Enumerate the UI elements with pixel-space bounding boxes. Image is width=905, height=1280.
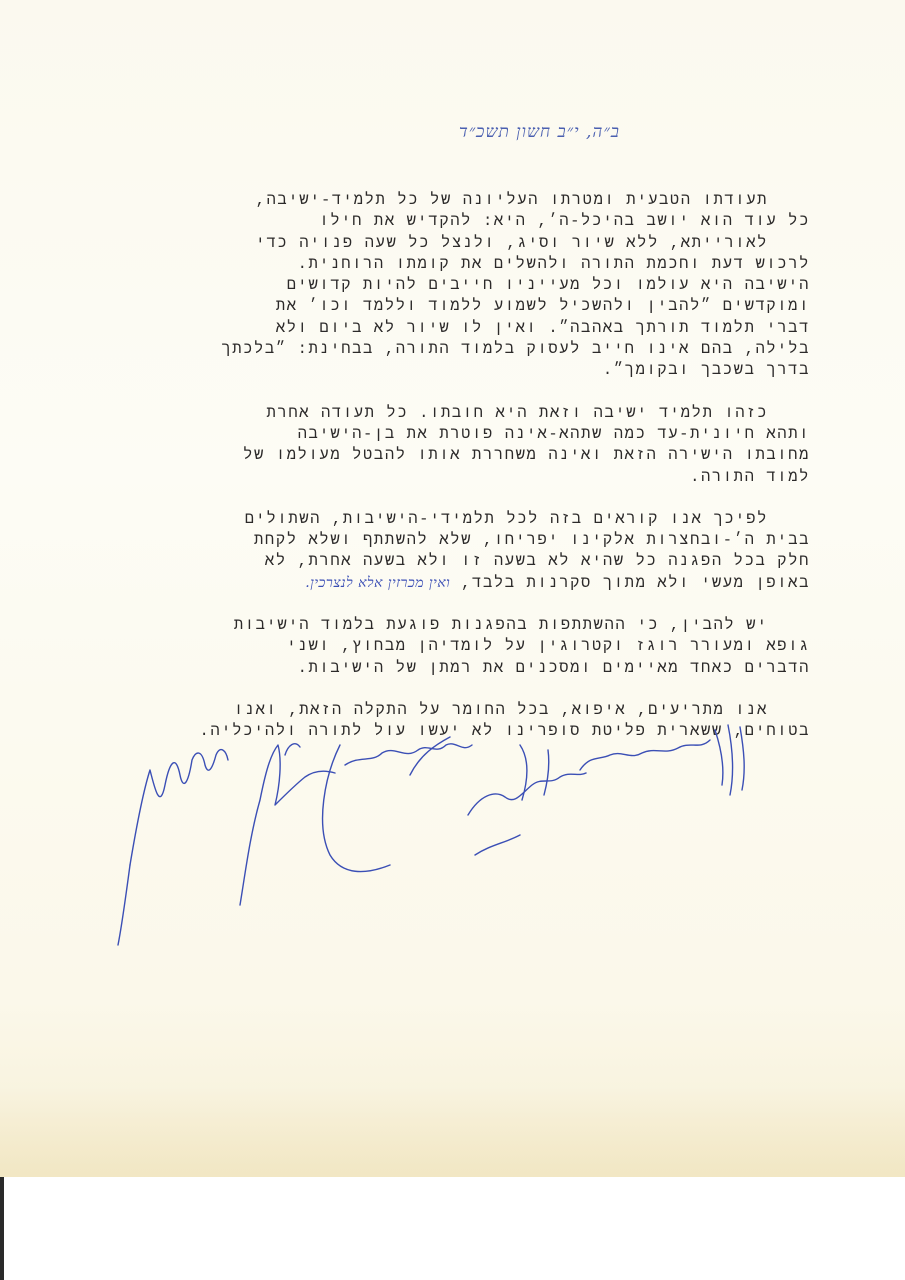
paragraph-2: כזהו תלמיד ישיבה וזאת היא חובתו. כל תעוד… <box>120 403 810 488</box>
text-line: הדברים כאחד מאיימים ומסכנים את רמתן של ה… <box>120 658 810 679</box>
text-line: כל עוד הוא יושב בהיכל-ה׳, היא: להקדיש את… <box>120 211 810 232</box>
text-line: באופן מעשי ולא מתוך סקרנות בלבד, ואין מכ… <box>120 573 810 594</box>
text-fragment: באופן מעשי ולא מתוך סקרנות בלבד, <box>461 574 810 592</box>
paper-aging-stain <box>0 1087 905 1177</box>
paragraph-3: לפיכך אנו קוראים בזה לכל תלמידי-הישיבות,… <box>120 509 810 594</box>
text-line: תעודתו הטבעית ומטרתו העליונה של כל תלמיד… <box>120 190 810 211</box>
text-line: ומוקדשים ״להבין ולהשכיל לשמוע ללמוד וללמ… <box>120 296 810 317</box>
paper-sheet: ב״ה, י״ב חשון תשכ״ד תעודתו הטבעית ומטרתו… <box>0 0 905 1177</box>
text-line: גופא ומעורר רוגז וקטרוגין על לומדיהן מבח… <box>120 636 810 657</box>
paragraph-1: תעודתו הטבעית ומטרתו העליונה של כל תלמיד… <box>120 190 810 382</box>
text-line: חלק בכל הפגנה כל שהיא לא בשעה זו ולא בשע… <box>120 551 810 572</box>
text-line: בדרך בשכבך ובקומך״. <box>120 360 810 381</box>
text-line: ותהא חיונית-עד כמה שתהא-אינה פוטרת את בן… <box>120 424 810 445</box>
signatures-block <box>110 715 810 955</box>
text-line: לפיכך אנו קוראים בזה לכל תלמידי-הישיבות,… <box>120 509 810 530</box>
handwritten-insertion: ואין מכרזין אלא לנצרכין. <box>305 575 450 591</box>
text-line: לאורייתא, ללא שיור וסיג, ולנצל כל שעה פנ… <box>120 233 810 254</box>
text-line: למוד התורה. <box>120 467 810 488</box>
text-line: הישיבה היא עולמו וכל מעייניו חייבים להיו… <box>120 275 810 296</box>
scanned-page: ב״ה, י״ב חשון תשכ״ד תעודתו הטבעית ומטרתו… <box>0 0 905 1280</box>
signatures-scribble-icon <box>110 715 810 955</box>
text-line: יש להבין, כי ההשתתפות בהפגנות פוגעת בלמו… <box>120 615 810 636</box>
scanner-edge <box>0 1177 4 1280</box>
text-line: לרכוש דעת וחכמת התורה ולהשלים את קומתו ה… <box>120 254 810 275</box>
text-line: מחובתו הישירה הזאת ואינה משחררת אותו להב… <box>120 445 810 466</box>
handwritten-date: ב״ה, י״ב חשון תשכ״ד <box>430 122 620 142</box>
paragraph-4: יש להבין, כי ההשתתפות בהפגנות פוגעת בלמו… <box>120 615 810 679</box>
text-line: כזהו תלמיד ישיבה וזאת היא חובתו. כל תעוד… <box>120 403 810 424</box>
text-line: דברי תלמוד תורתך באהבה״. ואין לו שיור לא… <box>120 318 810 339</box>
text-line: בלילה, בהם אינו חייב לעסוק בלמוד התורה, … <box>120 339 810 360</box>
letter-body: תעודתו הטבעית ומטרתו העליונה של כל תלמיד… <box>120 190 810 764</box>
text-line: בבית ה׳-ובחצרות אלקינו יפריחו, שלא להשתת… <box>120 530 810 551</box>
